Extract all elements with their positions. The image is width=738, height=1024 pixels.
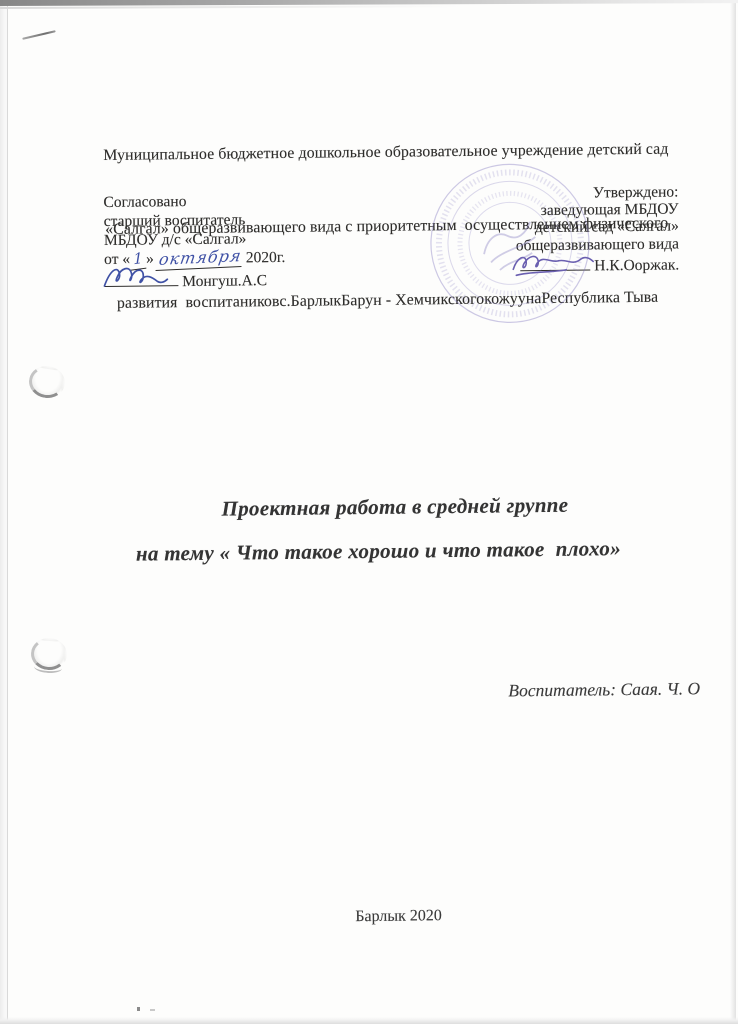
document-title-line2: на тему « Что такое хорошо и что такое п…	[9, 535, 738, 568]
round-seal-stamp-icon	[425, 158, 595, 328]
signature-line	[104, 271, 178, 287]
agreed-signature-line: Монгуш.А.С	[104, 270, 285, 293]
signature-mongush-icon	[100, 261, 178, 292]
agreed-role: старший воспитатель	[104, 211, 285, 232]
scan-speck	[150, 1009, 155, 1011]
org-header-line: Муниципальное бюджетное дошкольное образ…	[84, 138, 688, 169]
scan-speck	[137, 1007, 140, 1011]
scanned-page: Муниципальное бюджетное дошкольное образ…	[0, 0, 738, 1024]
agreed-signer-name: Монгуш.А.С	[182, 272, 267, 290]
place-year-footer: Барлык 2020	[30, 904, 738, 930]
agreed-block: Согласовано старший воспитатель МБДОУ д/…	[103, 192, 285, 293]
approved-signer-name: Н.К.Ооржак.	[594, 256, 679, 274]
scan-edge-bottom	[0, 1017, 738, 1024]
scan-edge-right	[730, 0, 736, 1024]
date-year: 2020г.	[246, 249, 286, 266]
scan-edge-left	[0, 0, 8, 1024]
author-line: Воспитатель: Саая. Ч. О	[508, 678, 700, 701]
page-content: Муниципальное бюджетное дошкольное образ…	[0, 0, 738, 1024]
agreed-heading: Согласовано	[103, 192, 284, 213]
document-title-line1: Проектная работа в средней группе	[26, 491, 738, 524]
